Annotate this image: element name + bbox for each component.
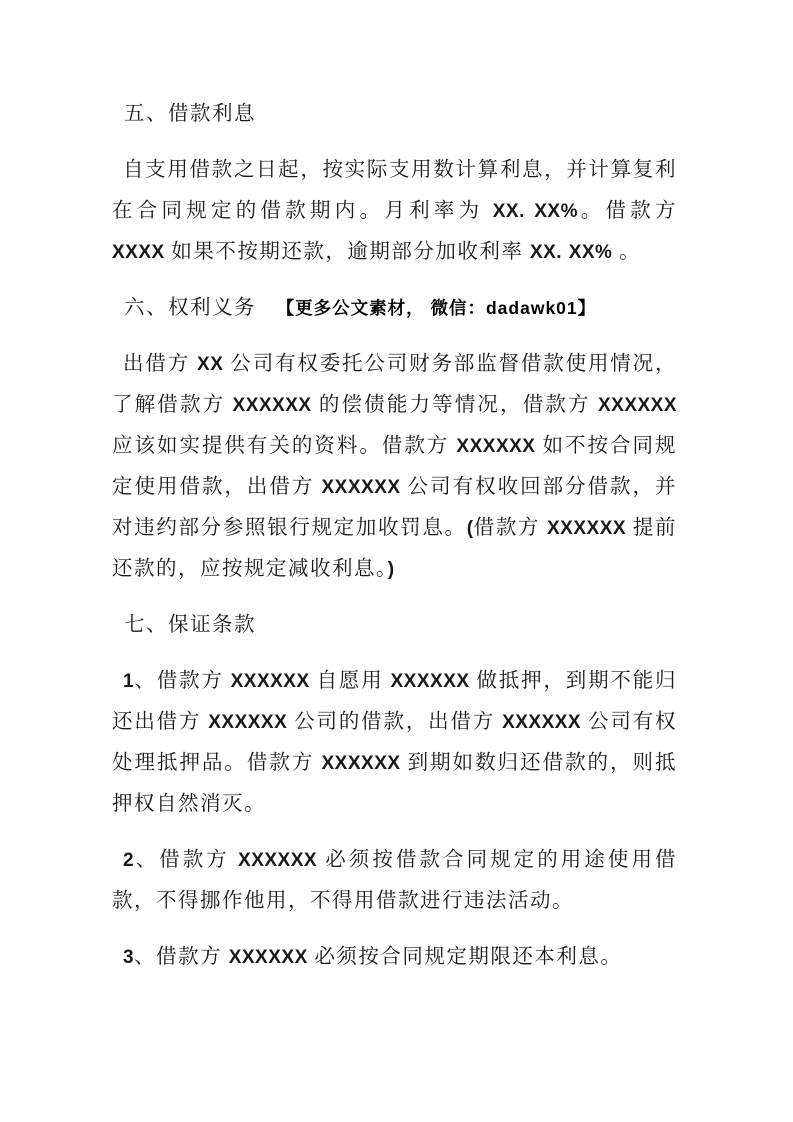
latin-run: XXXXXX (598, 395, 677, 416)
section-heading: 五、借款利息 (112, 94, 677, 135)
latin-run: XXXXXX (391, 671, 470, 692)
latin-run: XXXXXX (229, 947, 308, 968)
latin-run: XXXXXX (456, 436, 535, 457)
paragraph-clause-1: 1、借款方 XXXXXX 自愿用 XXXXXX 做抵押，到期不能归还出借方 XX… (112, 661, 677, 825)
section-heading-label: 六、权利义务 (124, 297, 256, 319)
paragraph: 自支用借款之日起，按实际支用数计算利息，并计算复利在合同规定的借款期内。月利率为… (112, 150, 677, 273)
latin-run: 1 (123, 671, 134, 692)
latin-run: 3 (123, 947, 134, 968)
latin-run: XX% (569, 242, 613, 263)
document-page: 五、借款利息 自支用借款之日起，按实际支用数计算利息，并计算复利在合同规定的借款… (0, 0, 793, 1122)
section-guarantee-clauses: 七、保证条款 1、借款方 XXXXXX 自愿用 XXXXXX 做抵押，到期不能归… (112, 605, 677, 978)
watermark-note: 【更多公文素材， 微信：dadawk01】 (277, 298, 597, 318)
latin-run: XX. (530, 242, 562, 263)
latin-run: XXXXXX (322, 753, 401, 774)
section-heading-label: 五、借款利息 (124, 103, 256, 125)
latin-run: XXXX (112, 242, 165, 263)
section-heading-label: 七、保证条款 (124, 614, 256, 636)
paragraph-clause-2: 2、借款方 XXXXXX 必须按借款合同规定的用途使用借款，不得挪作他用，不得用… (112, 840, 677, 922)
latin-run: ) (388, 559, 395, 580)
latin-run: XXXXXX (547, 518, 626, 539)
latin-run: XXXXXX (233, 395, 312, 416)
latin-run: XXXXXX (238, 850, 317, 871)
latin-run: XXXXXX (208, 712, 287, 733)
section-rights-obligations: 六、权利义务 【更多公文素材， 微信：dadawk01】 出借方 XX 公司有权… (112, 288, 677, 590)
latin-run: XX% (534, 201, 578, 222)
latin-run: 2 (123, 850, 134, 871)
section-heading: 六、权利义务 【更多公文素材， 微信：dadawk01】 (112, 288, 677, 329)
paragraph-clause-3: 3、借款方 XXXXXX 必须按合同规定期限还本利息。 (112, 937, 677, 978)
latin-run: XXXXXX (322, 477, 401, 498)
latin-run: XX (197, 354, 223, 375)
latin-run: XXXXXX (502, 712, 581, 733)
section-heading: 七、保证条款 (112, 605, 677, 646)
latin-run: XXXXXX (231, 671, 310, 692)
latin-run: XX. (493, 201, 525, 222)
latin-run: ( (467, 518, 474, 539)
section-loan-interest: 五、借款利息 自支用借款之日起，按实际支用数计算利息，并计算复利在合同规定的借款… (112, 94, 677, 273)
paragraph: 出借方 XX 公司有权委托公司财务部监督借款使用情况，了解借款方 XXXXXX … (112, 344, 677, 590)
